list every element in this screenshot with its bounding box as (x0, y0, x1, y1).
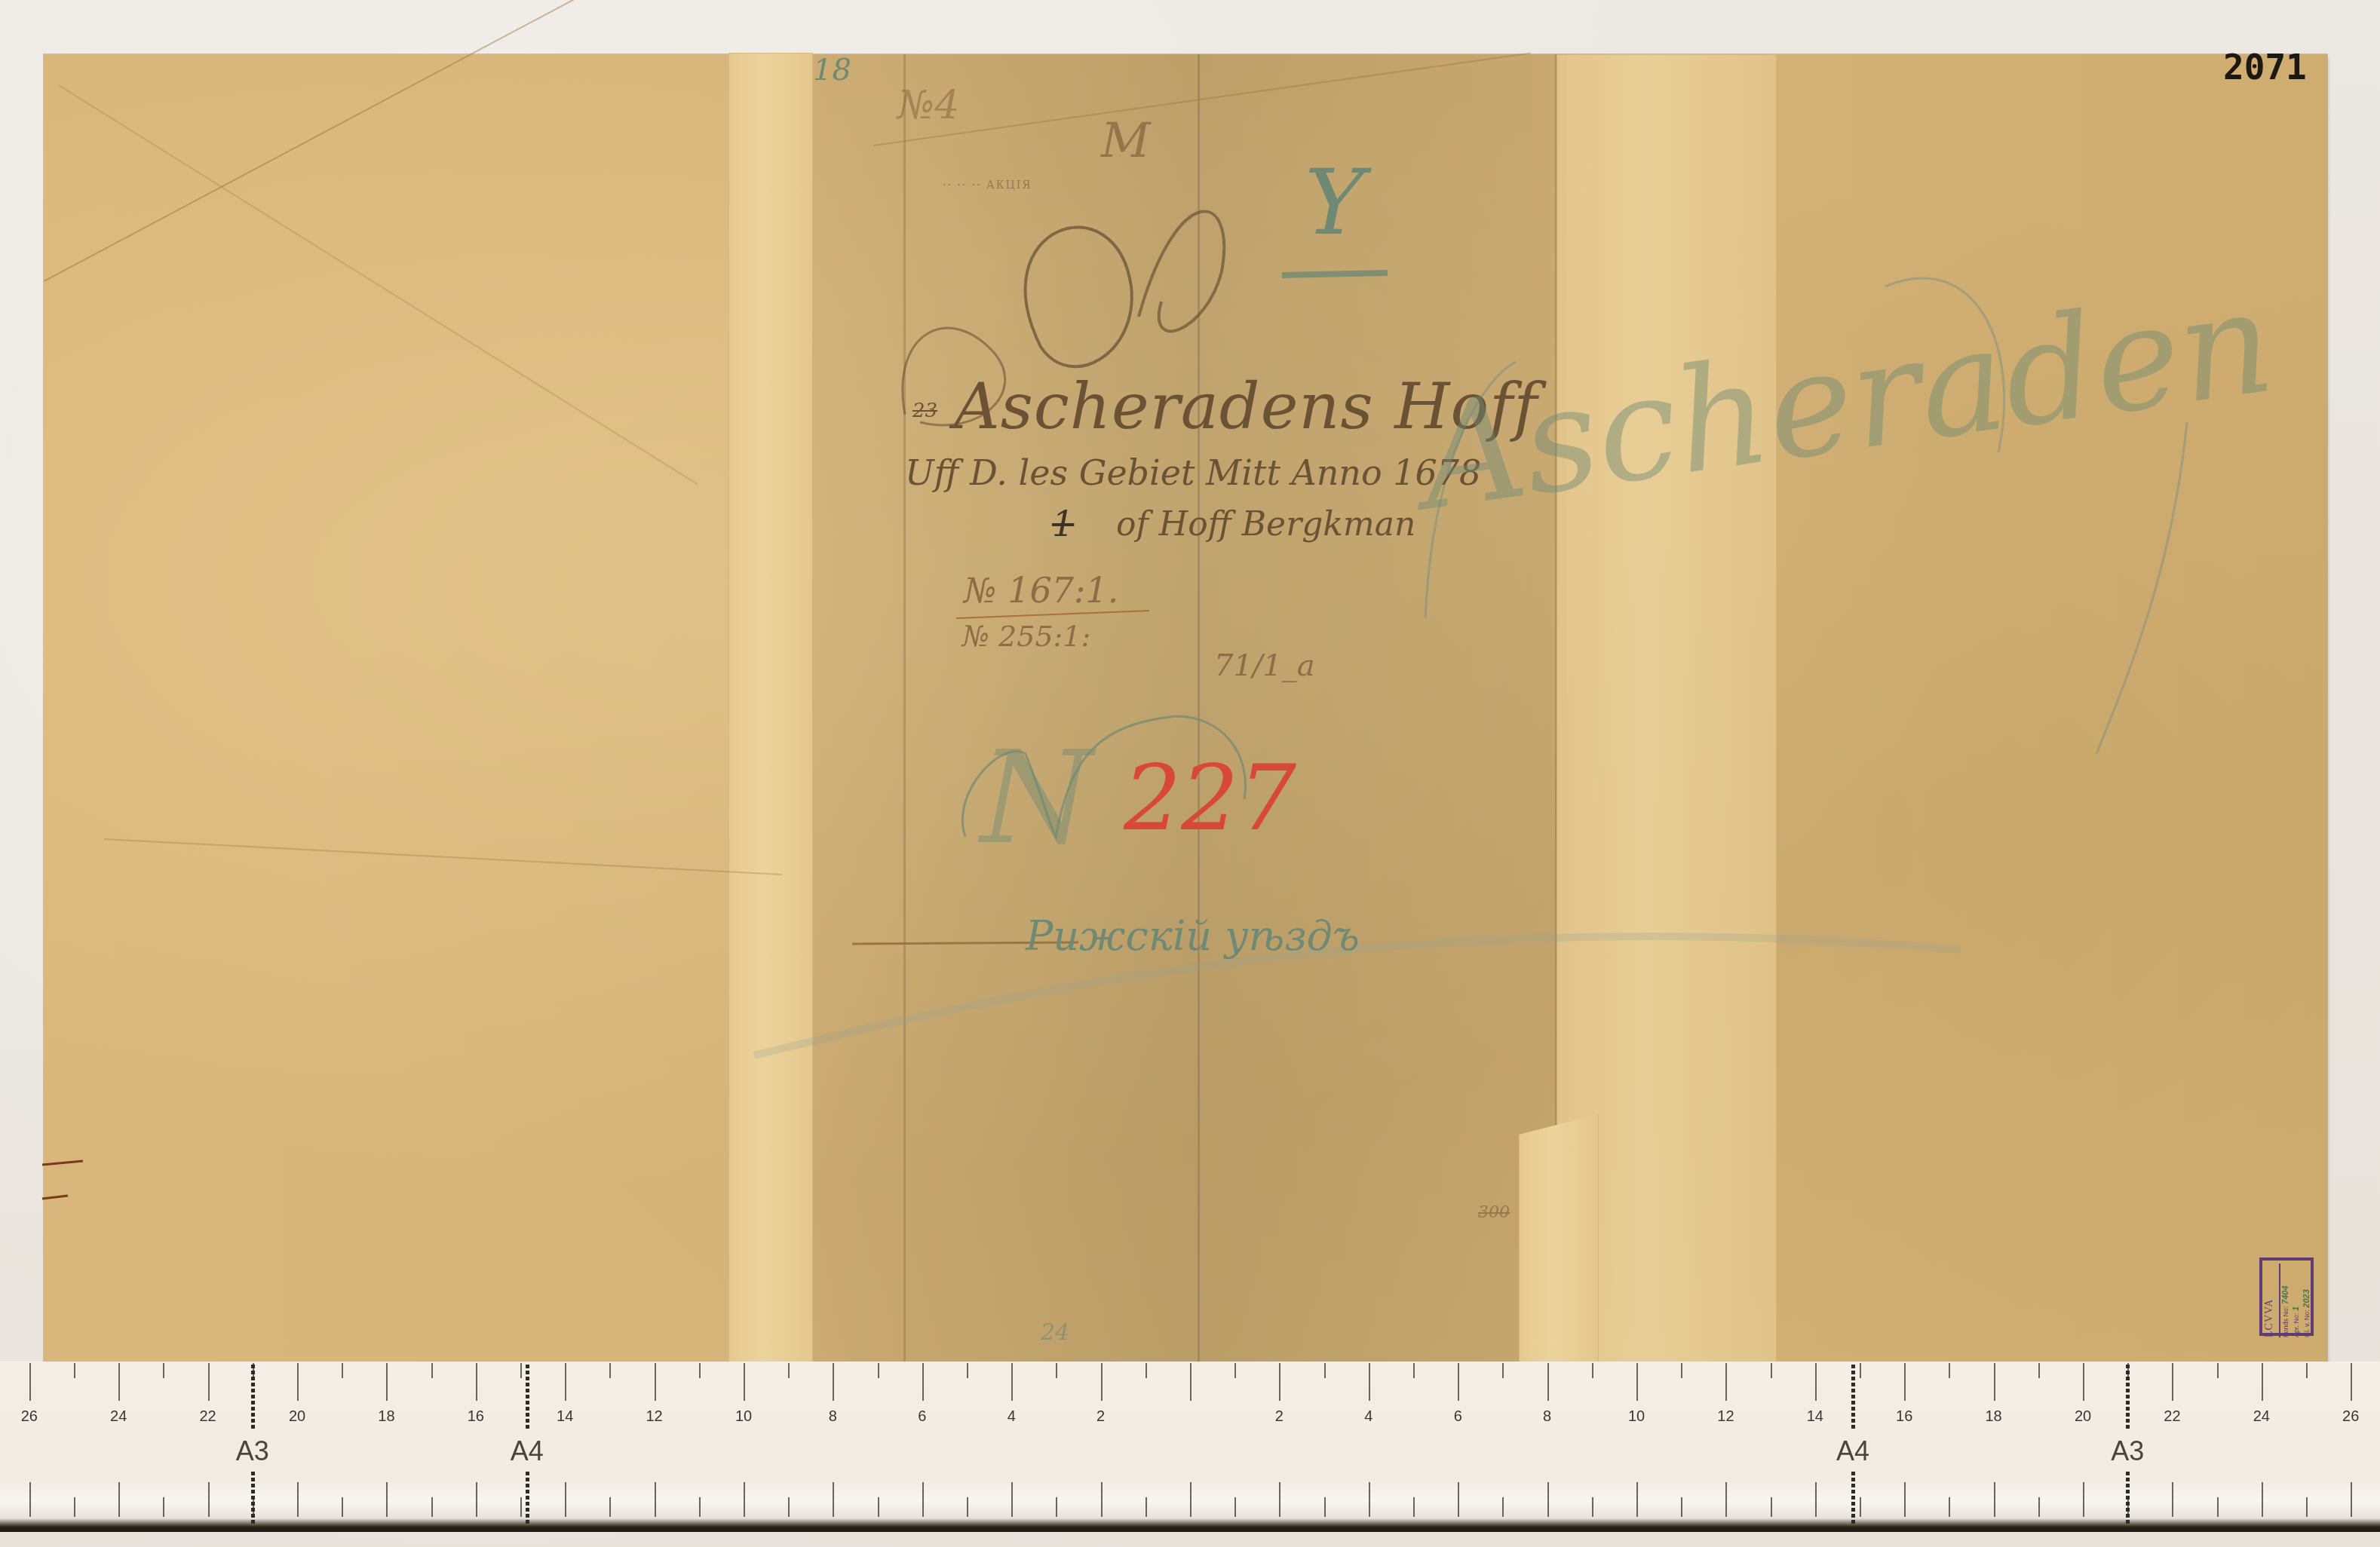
catalog-number-2: № 255:1: (962, 620, 1090, 653)
ruler-tick (2351, 1482, 2352, 1517)
catalog-number-1: № 167:1. (964, 570, 1118, 611)
ruler-tick (1369, 1363, 1370, 1401)
ruler-tick (699, 1363, 701, 1378)
ruler-label: 14 (557, 1408, 573, 1426)
stamp-row: Gl. v. No: 2023 (2302, 1264, 2312, 1337)
ruler-tick (699, 1497, 701, 1517)
ruler-tick (922, 1482, 924, 1517)
ruler-tick (163, 1497, 164, 1517)
ruler-tick (431, 1363, 433, 1378)
ruler-tick (342, 1497, 343, 1517)
ruler-tick (1146, 1363, 1147, 1378)
ruler-tick (208, 1363, 210, 1401)
ruler-tick (1502, 1497, 1504, 1517)
ruler-tick (655, 1363, 656, 1401)
title-struck-number: 1 (1052, 504, 1074, 544)
stamp-row: Apr. No: 1 (2291, 1264, 2302, 1337)
ruler-tick (1547, 1482, 1549, 1517)
ruler-tick (609, 1497, 611, 1517)
paper-crease (58, 84, 698, 486)
ruler-tick (2351, 1363, 2352, 1401)
ruler-tick (1771, 1363, 1772, 1378)
ruler-tick (520, 1363, 522, 1378)
ruler-label: 24 (2253, 1408, 2270, 1426)
ruler-label: 22 (2164, 1408, 2180, 1426)
ruler-tick (878, 1497, 879, 1517)
paper-crease (104, 838, 782, 875)
ruler-tick (1413, 1497, 1415, 1517)
ruler-tick (29, 1482, 31, 1517)
struck-number-23: 23 (912, 400, 937, 422)
ruler-tick (1234, 1363, 1236, 1378)
ruler-tick (1815, 1363, 1817, 1401)
ruler-tick (476, 1482, 477, 1517)
ruler-tick (1502, 1363, 1504, 1378)
ruler-tick (655, 1482, 656, 1517)
ruler-tick (1860, 1363, 1861, 1378)
ruler-tick (1636, 1482, 1638, 1517)
ruler-label: 14 (1807, 1408, 1823, 1426)
tape-patch-bottom (1519, 1114, 1599, 1368)
ruler-tick (2083, 1482, 2084, 1517)
map-sheet (44, 54, 2327, 1368)
ruler-label: 18 (378, 1408, 394, 1426)
ruler-format-line (526, 1365, 529, 1431)
ruler-tick (1101, 1363, 1103, 1401)
stamp-row-label: Gl. v. No: (2303, 1308, 2311, 1337)
stamp-fields: Fonds No: 7404Apr. No: 1Gl. v. No: 2023 (2279, 1264, 2312, 1337)
ruler-tick (2172, 1363, 2173, 1401)
ruler-tick (1949, 1497, 1950, 1517)
ruler-tick (342, 1363, 343, 1378)
ruler-format-line (526, 1472, 529, 1524)
pencil-letter-y: Y (1305, 151, 1364, 256)
ruler-tick (1949, 1363, 1950, 1378)
ruler-format-line (2126, 1472, 2130, 1524)
pencil-note-24: 24 (1041, 1319, 1069, 1346)
ruler-tick (74, 1497, 75, 1517)
ruler-tick (967, 1497, 968, 1517)
faint-print: ·· ·· ·· АКЦІЯ (943, 179, 1032, 191)
ruler-tick (922, 1363, 924, 1401)
ruler-tick (29, 1363, 31, 1401)
tape-strip-left (728, 53, 813, 1369)
fold-line (903, 54, 906, 1368)
ruler-tick (1234, 1497, 1236, 1517)
stamp-row: Fonds No: 7404 (2280, 1264, 2291, 1337)
ruler-tick (1458, 1482, 1459, 1517)
red-number: 227 (1124, 746, 1296, 851)
ruler-tick (74, 1363, 75, 1378)
ruler-format-label: A3 (2111, 1435, 2144, 1467)
ruler-tick (1056, 1363, 1057, 1378)
ruler-tick (1101, 1482, 1103, 1517)
ruler-tick (1860, 1497, 1861, 1517)
ruler-tick (1815, 1482, 1817, 1517)
ruler-label: 8 (1543, 1408, 1551, 1426)
fold-line (1198, 54, 1200, 1368)
ruler-tick (297, 1482, 299, 1517)
ruler-label: 10 (735, 1408, 752, 1426)
sheet-number: 2071 (2223, 47, 2307, 87)
ruler-tick (2306, 1363, 2308, 1378)
ruler-format-line (251, 1365, 255, 1431)
ruler-tick (565, 1482, 566, 1517)
ruler-tick (1994, 1363, 1995, 1401)
ruler-tick (1592, 1363, 1593, 1378)
ruler-tick (386, 1482, 388, 1517)
measuring-ruler: 2624222018161412108642246810121416182022… (0, 1362, 2380, 1532)
ruler-tick (2038, 1363, 2040, 1378)
ruler-tick (1592, 1497, 1593, 1517)
stamp-row-value: 2023 (2302, 1289, 2311, 1307)
ruler-label: 6 (1454, 1408, 1462, 1426)
ruler-tick (1011, 1482, 1013, 1517)
pencil-letter-n: N (980, 724, 1093, 873)
ruler-label: 4 (1008, 1408, 1016, 1426)
ruler-label: 12 (646, 1408, 662, 1426)
ruler-format-line (2126, 1365, 2130, 1431)
ink-note-no4: №4 (897, 83, 959, 128)
ruler-tick (2217, 1363, 2219, 1378)
ruler-tick (163, 1363, 164, 1378)
ruler-tick (1725, 1363, 1727, 1401)
ruler-tick (520, 1497, 522, 1517)
ruler-tick (833, 1482, 834, 1517)
ruler-tick (1369, 1482, 1370, 1517)
ruler-tick (1279, 1363, 1280, 1401)
ruler-tick (744, 1363, 745, 1401)
ruler-tick (1413, 1363, 1415, 1378)
ruler-tick (431, 1497, 433, 1517)
ruler-label: 2 (1096, 1408, 1105, 1426)
ruler-tick (967, 1363, 968, 1378)
ruler-tick (2083, 1363, 2084, 1401)
ruler-format-label: A4 (1836, 1435, 1869, 1467)
stamp-row-label: Apr. No: (2293, 1311, 2300, 1337)
title-line-3: of Hoff Bergkman (1116, 505, 1415, 544)
ruler-tick (878, 1363, 879, 1378)
ruler-label: 20 (289, 1408, 305, 1426)
struck-number-300: 300 (1478, 1203, 1510, 1222)
ruler-label: 2 (1275, 1408, 1284, 1426)
ruler-tick (1324, 1497, 1326, 1517)
ruler-tick (2172, 1482, 2173, 1517)
ruler-format-line (251, 1472, 255, 1524)
ruler-tick (1636, 1363, 1638, 1401)
ruler-label: 26 (21, 1408, 38, 1426)
ruler-label: 26 (2342, 1408, 2359, 1426)
ruler-tick (118, 1363, 120, 1401)
stamp-row-value: 7404 (2281, 1285, 2290, 1303)
ruler-tick (1725, 1482, 1727, 1517)
ruler-format-label: A3 (236, 1435, 269, 1467)
ruler-tick (208, 1482, 210, 1517)
ruler-tick (1904, 1363, 1906, 1401)
cyrillic-district-note: Рижскій уѣздъ (1026, 912, 1360, 960)
ruler-tick (833, 1363, 834, 1401)
ink-monogram: M (1101, 113, 1151, 169)
ruler-tick (386, 1363, 388, 1401)
ruler-tick (2038, 1497, 2040, 1517)
ruler-tick (788, 1363, 790, 1378)
stamp-row-label: Fonds No: (2282, 1304, 2290, 1337)
ruler-tick (297, 1363, 299, 1401)
ruler-tick (1279, 1482, 1280, 1517)
ruler-label: 22 (199, 1408, 216, 1426)
ruler-tick (609, 1363, 611, 1378)
ruler-tick (788, 1497, 790, 1517)
ruler-tick (1324, 1363, 1326, 1378)
ruler-tick (1547, 1363, 1549, 1401)
ruler-tick (2262, 1482, 2263, 1517)
ruler-tick (476, 1363, 477, 1401)
ruler-tick (1458, 1363, 1459, 1401)
ruler-label: 12 (1717, 1408, 1734, 1426)
ruler-tick (1190, 1363, 1192, 1401)
folded-panel-shade (813, 54, 1567, 1368)
ruler-tick (1190, 1482, 1192, 1517)
ruler-tick (1146, 1497, 1147, 1517)
ruler-format-line (1851, 1472, 1855, 1524)
ruler-tick (118, 1482, 120, 1517)
ruler-label: 10 (1628, 1408, 1645, 1426)
ruler-label: 6 (918, 1408, 926, 1426)
ruler-tick (2306, 1497, 2308, 1517)
ruler-tick (1994, 1482, 1995, 1517)
ruler-tick (1904, 1482, 1906, 1517)
stamp-row-value: 1 (2292, 1307, 2301, 1311)
ruler-label: 8 (829, 1408, 837, 1426)
archive-stamp: LCVVA Fonds No: 7404Apr. No: 1Gl. v. No:… (2259, 1258, 2314, 1336)
ruler-tick (1771, 1497, 1772, 1517)
stamp-archive-name: LCVVA (2264, 1299, 2276, 1337)
ruler-format-label: A4 (511, 1435, 544, 1467)
ruler-label: 16 (468, 1408, 484, 1426)
ruler-tick (2217, 1497, 2219, 1517)
ruler-label: 24 (110, 1408, 127, 1426)
ruler-tick (2262, 1363, 2263, 1401)
title-line-2: Uff D. les Gebiet Mitt Anno 1678 (905, 452, 1481, 493)
ruler-label: 16 (1896, 1408, 1912, 1426)
ruler-label: 4 (1364, 1408, 1372, 1426)
ruler-tick (565, 1363, 566, 1401)
ruler-tick (1681, 1363, 1682, 1378)
ruler-tick (1056, 1497, 1057, 1517)
ruler-label: 20 (2075, 1408, 2091, 1426)
ruler-tick (1681, 1497, 1682, 1517)
ruler-format-line (1851, 1365, 1855, 1431)
ruler-tick (744, 1482, 745, 1517)
ruler-tick (1011, 1363, 1013, 1401)
shelf-mark: 71/1_a (1214, 648, 1315, 683)
ruler-label: 18 (1985, 1408, 2001, 1426)
pencil-note-18: 18 (813, 53, 851, 87)
